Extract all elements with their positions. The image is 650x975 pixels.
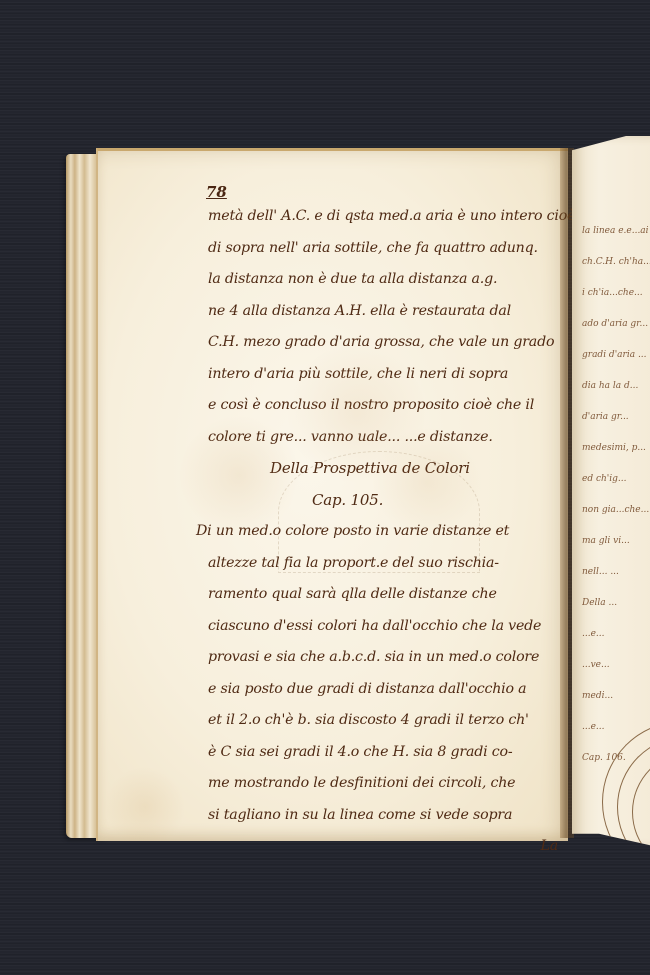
text-line: e così è concluso il nostro proposito ci… xyxy=(208,390,578,422)
text-line: ...ve... xyxy=(582,650,650,681)
text-line: si tagliano in su la linea come si vede … xyxy=(208,800,578,832)
text-line: la distanza non è due ta alla distanza a… xyxy=(208,264,578,296)
text-line: medi... xyxy=(582,681,650,712)
text-line: ciascuno d'essi colori ha dall'occhio ch… xyxy=(208,611,578,643)
text-line: ne 4 alla distanza A.H. ella è restaurat… xyxy=(208,296,578,328)
text-line: gradi d'aria ... xyxy=(582,340,650,371)
text-line: provasi e sia che a.b.c.d. sia in un med… xyxy=(208,642,578,674)
text-line: metà dell' A.C. e di qsta med.a aria è u… xyxy=(208,201,578,233)
text-line: non gia...che... xyxy=(582,495,650,526)
right-page: la linea e.e...ai a... ch.C.H. ch'ha... … xyxy=(572,136,650,848)
book-gutter xyxy=(560,148,574,838)
catchword: La xyxy=(208,831,578,863)
text-line: è C sia sei gradi il 4.o che H. sia 8 gr… xyxy=(208,737,578,769)
text-line: ma gli vi... xyxy=(582,526,650,557)
text-line: la linea e.e...ai a... xyxy=(582,216,650,247)
text-line: ed ch'ig... xyxy=(582,464,650,495)
chapter-number: Cap. 105. xyxy=(208,485,578,517)
text-line: di sopra nell' aria sottile, che fa quat… xyxy=(208,233,578,265)
text-line: e sia posto due gradi di distanza dall'o… xyxy=(208,674,578,706)
left-page: 78 metà dell' A.C. e di qsta med.a aria … xyxy=(96,148,568,841)
text-line: intero d'aria più sottile, che li neri d… xyxy=(208,359,578,391)
text-line: dia ha la d... xyxy=(582,371,650,402)
text-line: Di un med.o colore posto in varie distan… xyxy=(196,516,578,548)
text-block: 78 metà dell' A.C. e di qsta med.a aria … xyxy=(208,201,578,863)
text-line: i ch'ia...che... xyxy=(582,278,650,309)
text-line: et il 2.o ch'è b. sia discosto 4 gradi i… xyxy=(208,705,578,737)
text-line: medesimi, p... xyxy=(582,433,650,464)
text-line: nell... ... xyxy=(582,557,650,588)
text-line: Della ... xyxy=(582,588,650,619)
text-line: altezze tal fia la proport.e del suo ris… xyxy=(208,548,578,580)
text-line: ch.C.H. ch'ha... xyxy=(582,247,650,278)
section-heading: Della Prospettiva de Colori xyxy=(208,453,578,485)
text-line: C.H. mezo grado d'aria grossa, che vale … xyxy=(208,327,578,359)
text-line: ...e... xyxy=(582,619,650,650)
text-line: colore ti gre... vanno uale... ...e dist… xyxy=(208,422,578,454)
text-line: ramento qual sarà qlla delle distanze ch… xyxy=(208,579,578,611)
folio-number: 78 xyxy=(206,183,227,201)
right-page-text: la linea e.e...ai a... ch.C.H. ch'ha... … xyxy=(582,216,650,774)
text-line: d'aria gr... xyxy=(582,402,650,433)
text-line: ado d'aria gr... xyxy=(582,309,650,340)
text-line: me mostrando le desfinitioni dei circoli… xyxy=(208,768,578,800)
open-manuscript-book: 78 metà dell' A.C. e di qsta med.a aria … xyxy=(66,148,650,848)
